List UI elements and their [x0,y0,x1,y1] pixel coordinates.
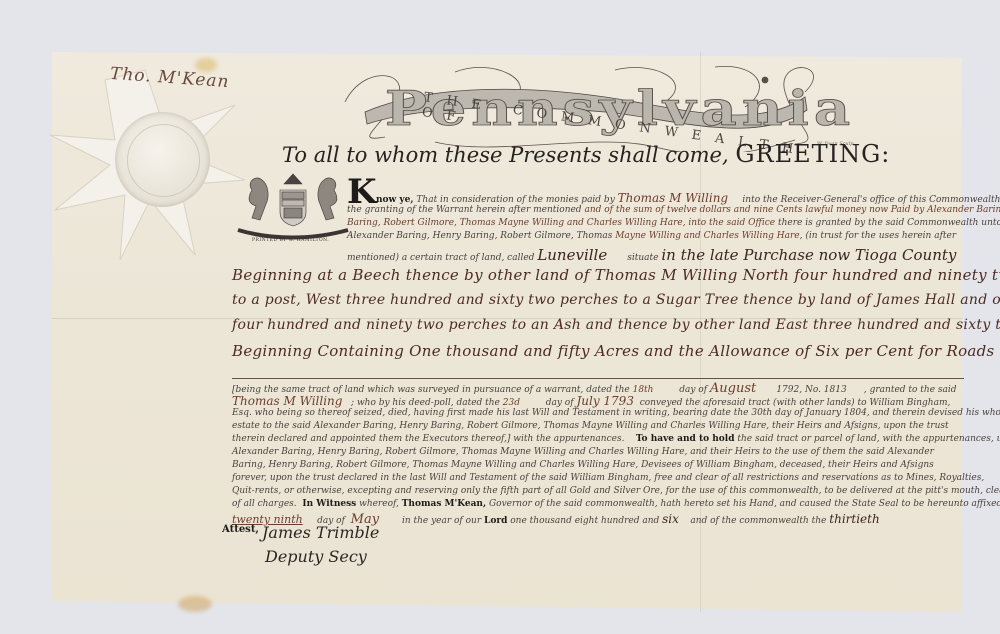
recital-line-10: of all charges. In Witness whereof, Thom… [232,499,1000,509]
stain [178,596,212,612]
title-banner: Pennsylvania THE COMMONWEALTH OF [335,62,835,152]
preamble-line-5: mentioned) a certain tract of land, call… [347,246,956,264]
recital-line-6: Alexander Baring, Henry Baring, Robert G… [232,447,934,457]
greeting-heading: To all to whom these Presents shall come… [282,140,890,168]
recital-line-5: therein declared and appointed them the … [232,434,1000,444]
embossed-state-seal [115,112,210,207]
pennsylvania-coat-of-arms-icon [232,170,354,242]
recital-line-2: Thomas M Willing ; who by his deed-poll,… [232,394,950,408]
recital-line-8: forever, upon the trust declared in the … [232,473,984,483]
survey-line: Beginning Containing One thousand and fi… [232,342,1000,360]
tract-name: Luneville [537,246,607,264]
recital-line-3: Esq. who being so thereof seized, died, … [232,408,1000,418]
tract-location: in the late Purchase now Tioga County [661,246,956,264]
coat-of-arms-printer: PRINTED BY W. HAMILTON. [252,238,329,243]
survey-line: Beginning at a Beech thence by other lan… [232,266,1000,284]
preamble-line-3: Baring, Robert Gilmore, Thomas Mayne Wil… [347,218,1000,228]
section-divider [232,378,964,379]
recital-line-4: estate to the said Alexander Baring, Hen… [232,421,949,431]
preamble-line-1: now ye, That in consideration of the mon… [376,191,1000,205]
attest-title: Deputy Secy [265,547,367,566]
governor-name: Thomas M'Kean, [402,499,486,509]
preamble-line-2: the granting of the Warrant herein after… [347,205,1000,215]
attest-label: Attest, [222,524,259,535]
survey-line: four hundred and ninety two perches to a… [232,317,1000,333]
survey-line: to a post, West three hundred and sixty … [232,292,1000,308]
greeting-caps: GREETING: [735,140,890,168]
recital-line-9: Quit-rents, or otherwise, excepting and … [232,486,1000,496]
recital-line-7: Baring, Henry Baring, Robert Gilmore, Th… [232,460,934,470]
preamble-line-4: Alexander Baring, Henry Baring, Robert G… [347,231,956,241]
attest-signature: James Trimble [262,523,379,542]
